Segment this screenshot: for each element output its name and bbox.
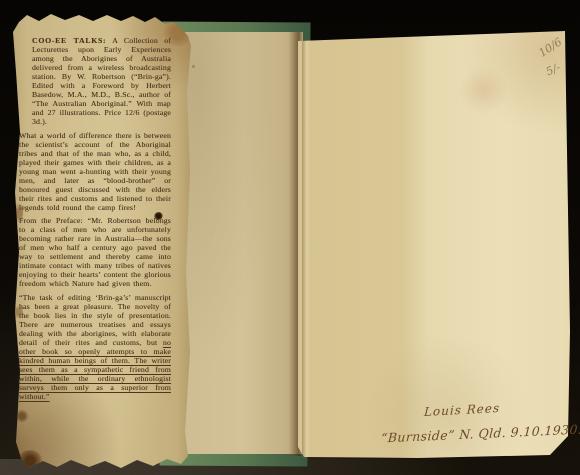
stain xyxy=(14,304,23,320)
editor-quote-plain: “The task of editing ‘Brin-ga’s’ manuscr… xyxy=(19,293,171,347)
left-pastedown-page xyxy=(170,32,303,454)
stain xyxy=(15,410,29,422)
clipping-bibliographic-text: A Collection of Lecturettes upon Early E… xyxy=(32,36,171,126)
pasted-review-clipping: COO-EE TALKS: A Collection of Lecturette… xyxy=(13,12,191,472)
clipping-paragraph-editor-quote: “The task of editing ‘Brin-ga’s’ manuscr… xyxy=(19,293,171,401)
clipping-paragraph-preface-quote: From the Preface: “Mr. Robertson belongs… xyxy=(19,216,171,288)
clipping-paragraph-blurb: What a world of difference there is betw… xyxy=(19,131,171,212)
hinge-crease xyxy=(302,31,310,458)
clipping-paragraph-bibliographic: COO-EE TALKS: A Collection of Lecturette… xyxy=(32,36,171,126)
editor-quote-underlined: no other book so openly attempts to make… xyxy=(19,338,171,401)
photo-of-book: 10/6 5/- Louis Rees “Burnside” N. Qld. 9… xyxy=(0,0,580,475)
right-endpaper-page xyxy=(298,31,570,458)
clipping-title: COO-EE TALKS: xyxy=(32,36,106,45)
clipping-text-column: COO-EE TALKS: A Collection of Lecturette… xyxy=(19,36,171,405)
stain xyxy=(13,200,23,226)
